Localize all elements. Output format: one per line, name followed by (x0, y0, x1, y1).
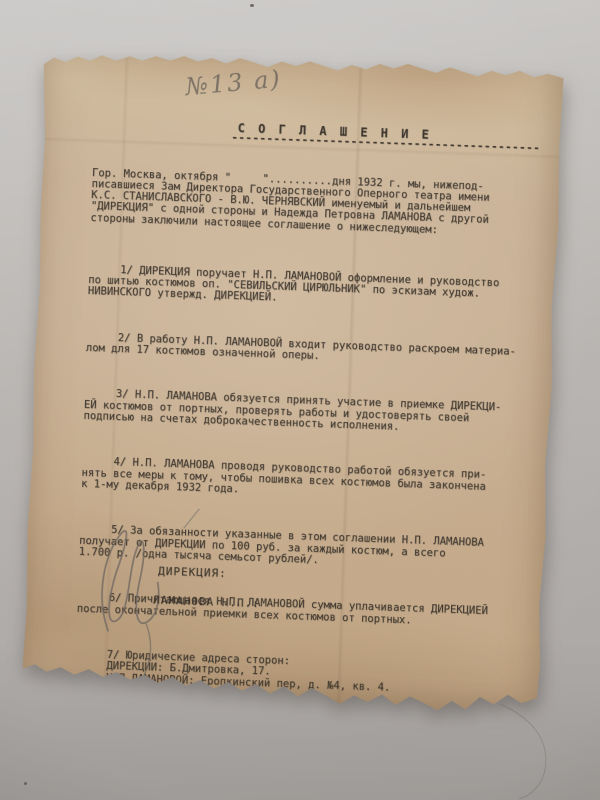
handwritten-catalog-number: №13 а) (184, 65, 283, 101)
intro-paragraph: Гор. Москва, октября " "..........дня 19… (90, 168, 534, 240)
signature-line-directorate: ДИРЕКЦИЯ: (158, 565, 227, 580)
dust-speck (250, 4, 254, 7)
photo-background: №13 а) С О Г Л А Ш Е Н И Е -------------… (0, 0, 600, 800)
clause-3: 3/ Н.П. ЛАМАНОВА обязуется принять участ… (83, 388, 526, 437)
clause-1: 1/ ДИРЕКЦИЯ поручает Н.П. ЛАМАНОВОЙ офор… (88, 264, 531, 313)
document-paper-wrap: №13 а) С О Г Л А Ш Е Н И Е -------------… (22, 48, 564, 716)
clause-2: 2/ В работу Н.П. ЛАМАНОВОЙ входит руково… (86, 332, 529, 370)
clause-4: 4/ Н.П. ЛАМАНОВА проводя руководство раб… (81, 456, 524, 505)
dust-speck (24, 782, 27, 785)
document-paper: №13 а) С О Г Л А Ш Е Н И Е -------------… (22, 48, 564, 716)
